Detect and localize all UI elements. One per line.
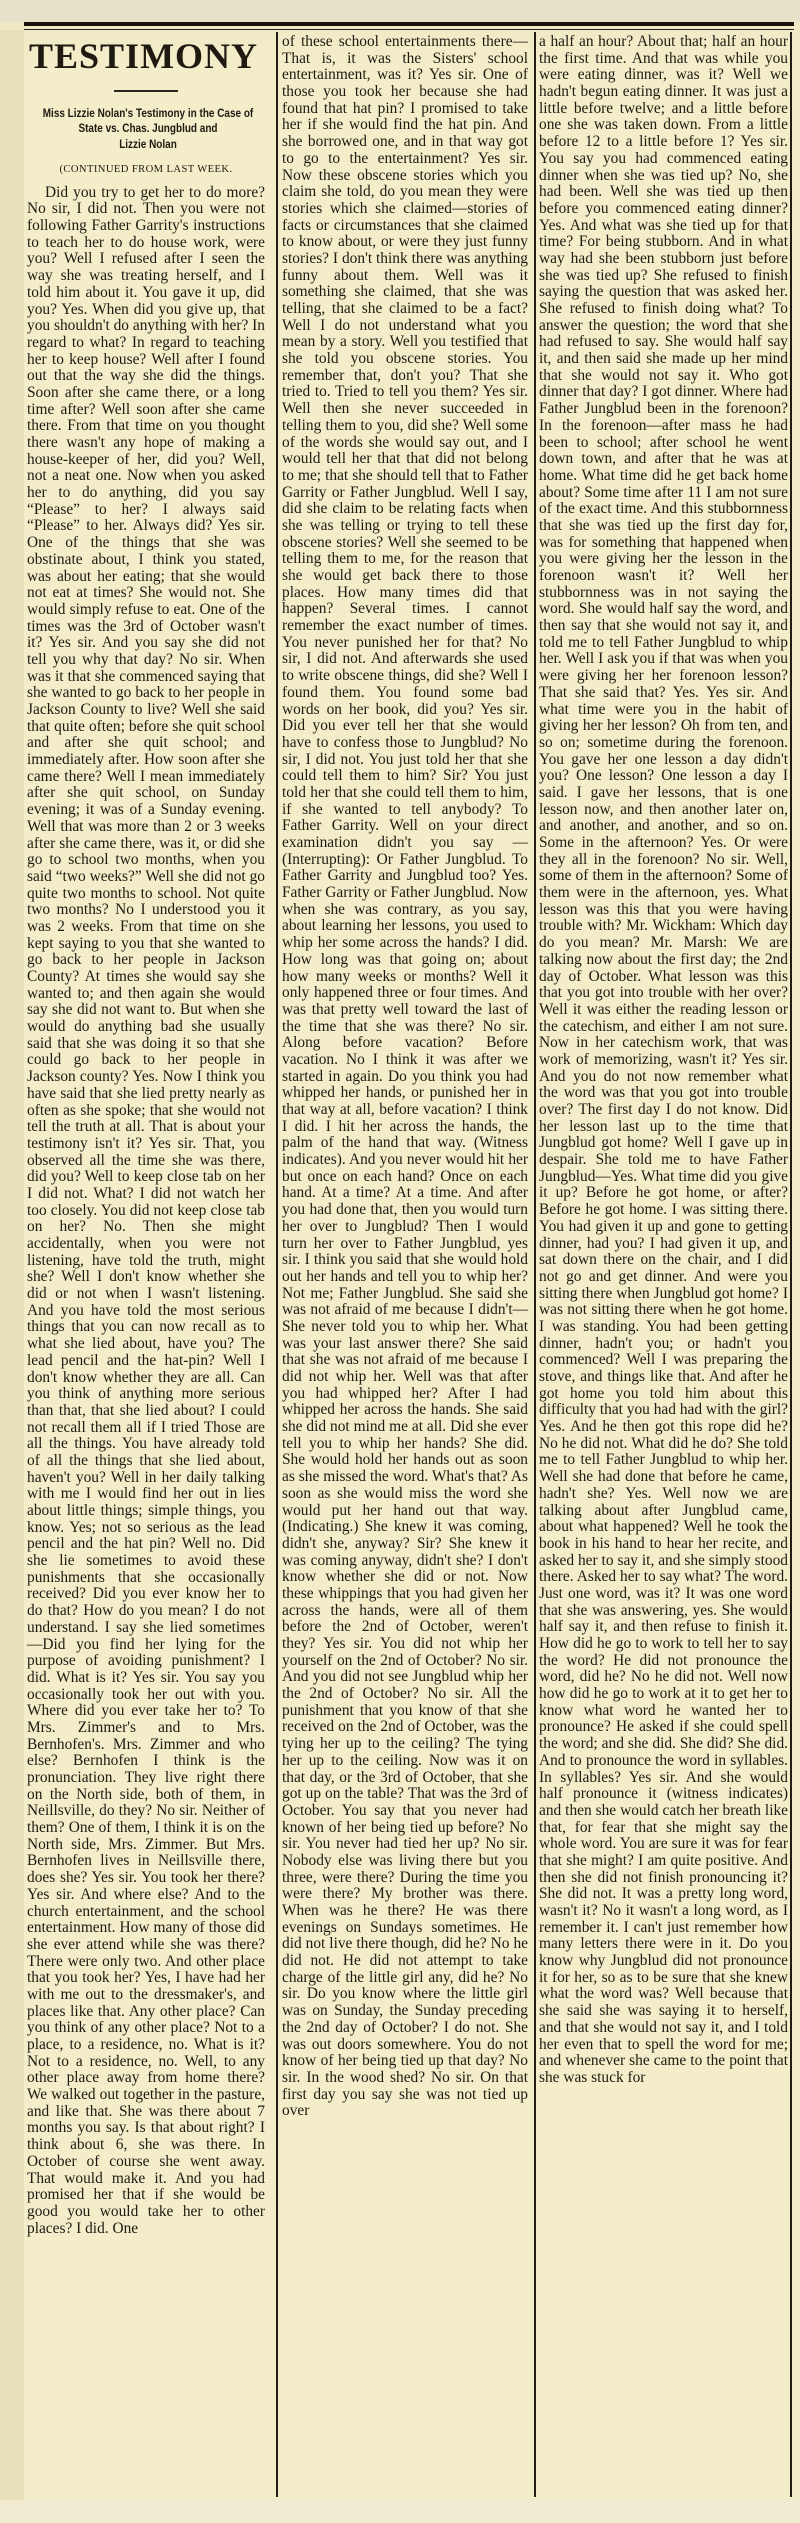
article-column-3: a half an hour? About that; half an hour… xyxy=(539,34,788,2087)
subheadline: Miss Lizzie Nolan's Testimony in the Cas… xyxy=(32,106,264,153)
header-rule-thin xyxy=(24,29,794,30)
column-text: a half an hour? About that; half an hour… xyxy=(539,34,788,2087)
page-left-margin xyxy=(0,30,24,2500)
subheadline-line: Lizzie Nolan xyxy=(32,137,264,153)
headline: TESTIMONY xyxy=(29,36,265,76)
newspaper-page: TESTIMONY Miss Lizzie Nolan's Testimony … xyxy=(0,0,800,2523)
article-column-1: TESTIMONY Miss Lizzie Nolan's Testimony … xyxy=(27,32,265,2237)
page-bottom-margin xyxy=(0,2500,800,2523)
article-column-2: of these school entertainments there—Tha… xyxy=(282,34,528,2120)
column-text: Did you try to get her to do more? No si… xyxy=(27,185,265,2238)
subheadline-line: Miss Lizzie Nolan's Testimony in the Cas… xyxy=(32,106,264,122)
continued-note: (CONTINUED FROM LAST WEEK. xyxy=(27,162,265,179)
header-rule-thick xyxy=(24,22,794,26)
column-divider xyxy=(534,32,536,2497)
column-divider xyxy=(790,32,792,2497)
headline-divider xyxy=(114,90,178,92)
column-divider xyxy=(276,32,278,2497)
page-top-margin xyxy=(0,0,800,22)
column-text: of these school entertainments there—Tha… xyxy=(282,34,528,2120)
subheadline-line: State vs. Chas. Jungblud and xyxy=(32,121,264,137)
